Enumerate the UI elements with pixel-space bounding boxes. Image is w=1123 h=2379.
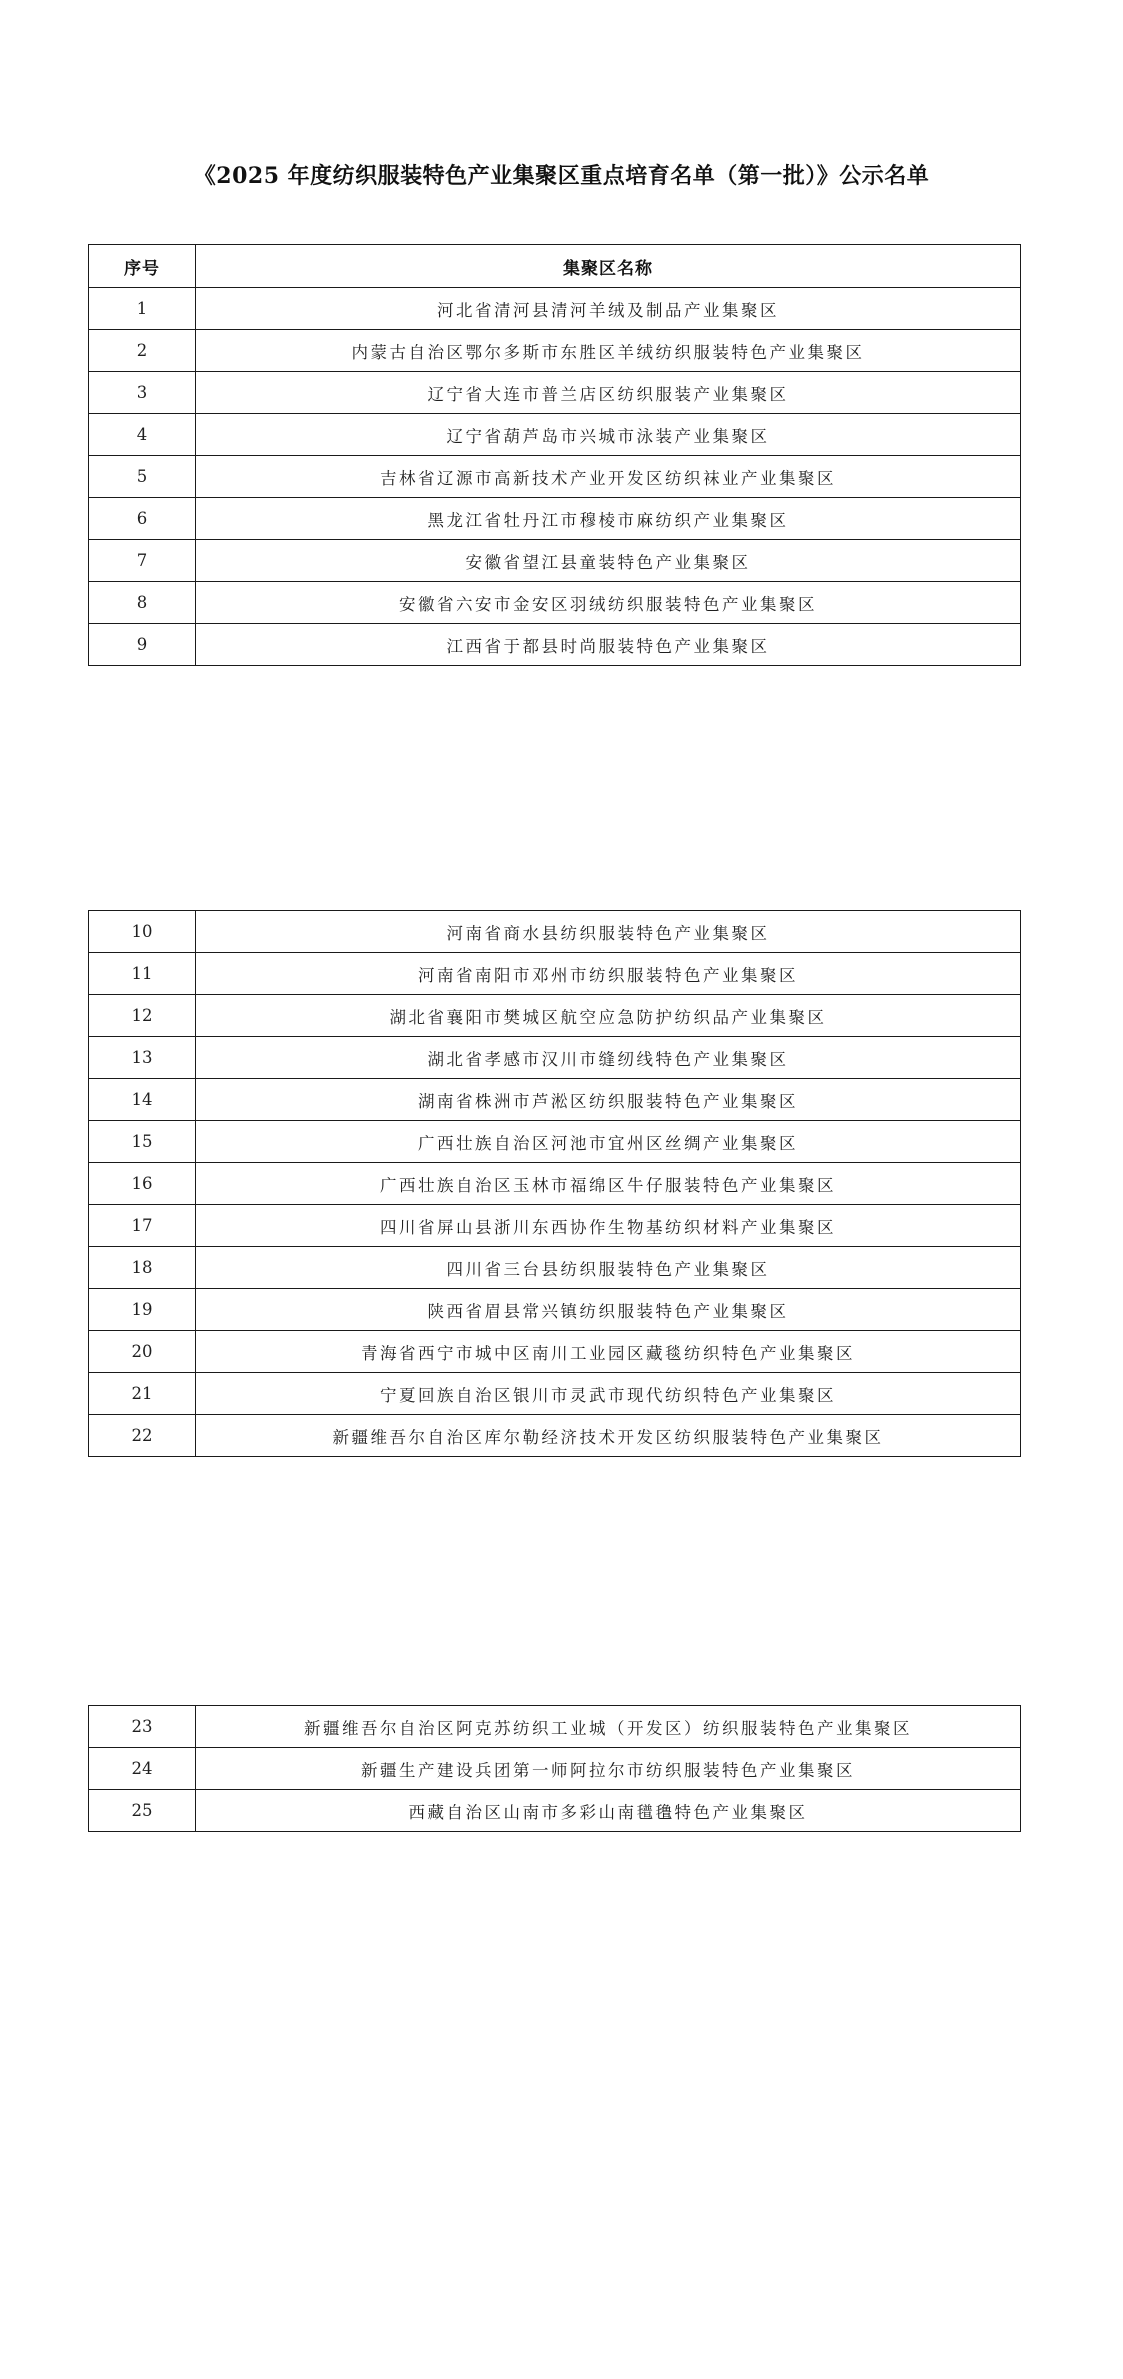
row-index-cell: 8 <box>89 582 196 624</box>
cluster-table-part-2: 10 河南省商水县纺织服装特色产业集聚区 11 河南省南阳市邓州市纺织服装特色产… <box>88 910 1021 1457</box>
row-name-cell: 辽宁省大连市普兰店区纺织服装产业集聚区 <box>196 372 1021 414</box>
table-row: 23 新疆维吾尔自治区阿克苏纺织工业城（开发区）纺织服装特色产业集聚区 <box>89 1706 1021 1748</box>
row-index-cell: 18 <box>89 1247 196 1289</box>
row-name-cell: 陕西省眉县常兴镇纺织服装特色产业集聚区 <box>196 1289 1021 1331</box>
row-name-cell: 广西壮族自治区河池市宜州区丝绸产业集聚区 <box>196 1121 1021 1163</box>
row-index-cell: 15 <box>89 1121 196 1163</box>
page-title: 《2025 年度纺织服装特色产业集聚区重点培育名单（第一批）》公示名单 <box>0 159 1123 190</box>
row-index-cell: 20 <box>89 1331 196 1373</box>
table-header: 序号 集聚区名称 <box>89 245 1021 288</box>
row-index-cell: 17 <box>89 1205 196 1247</box>
row-name-cell: 青海省西宁市城中区南川工业园区藏毯纺织特色产业集聚区 <box>196 1331 1021 1373</box>
row-name-cell: 新疆维吾尔自治区阿克苏纺织工业城（开发区）纺织服装特色产业集聚区 <box>196 1706 1021 1748</box>
row-index-cell: 16 <box>89 1163 196 1205</box>
row-name-cell: 吉林省辽源市高新技术产业开发区纺织袜业产业集聚区 <box>196 456 1021 498</box>
row-index-cell: 22 <box>89 1415 196 1457</box>
row-index-cell: 12 <box>89 995 196 1037</box>
row-index-cell: 1 <box>89 288 196 330</box>
document-page: { "page": { "title": "《2025 年度纺织服装特色产业集聚… <box>0 0 1123 2379</box>
table-body: 23 新疆维吾尔自治区阿克苏纺织工业城（开发区）纺织服装特色产业集聚区 24 新… <box>89 1706 1021 1832</box>
row-index-cell: 4 <box>89 414 196 456</box>
row-index-cell: 13 <box>89 1037 196 1079</box>
row-name-cell: 江西省于都县时尚服装特色产业集聚区 <box>196 624 1021 666</box>
table-row: 15 广西壮族自治区河池市宜州区丝绸产业集聚区 <box>89 1121 1021 1163</box>
table-row: 3 辽宁省大连市普兰店区纺织服装产业集聚区 <box>89 372 1021 414</box>
row-index-cell: 14 <box>89 1079 196 1121</box>
row-name-cell: 河南省商水县纺织服装特色产业集聚区 <box>196 911 1021 953</box>
table-row: 22 新疆维吾尔自治区库尔勒经济技术开发区纺织服装特色产业集聚区 <box>89 1415 1021 1457</box>
row-index-cell: 2 <box>89 330 196 372</box>
table-row: 9 江西省于都县时尚服装特色产业集聚区 <box>89 624 1021 666</box>
table-row: 13 湖北省孝感市汉川市缝纫线特色产业集聚区 <box>89 1037 1021 1079</box>
row-name-cell: 四川省三台县纺织服装特色产业集聚区 <box>196 1247 1021 1289</box>
row-index-cell: 6 <box>89 498 196 540</box>
row-index-cell: 7 <box>89 540 196 582</box>
row-index-cell: 3 <box>89 372 196 414</box>
row-name-cell: 湖北省孝感市汉川市缝纫线特色产业集聚区 <box>196 1037 1021 1079</box>
table-row: 17 四川省屏山县浙川东西协作生物基纺织材料产业集聚区 <box>89 1205 1021 1247</box>
table-block-2: 10 河南省商水县纺织服装特色产业集聚区 11 河南省南阳市邓州市纺织服装特色产… <box>88 910 1020 1457</box>
row-name-cell: 安徽省望江县童装特色产业集聚区 <box>196 540 1021 582</box>
cluster-table-part-1: 序号 集聚区名称 1 河北省清河县清河羊绒及制品产业集聚区 2 内蒙古自治区鄂尔… <box>88 244 1021 666</box>
table-block-3: 23 新疆维吾尔自治区阿克苏纺织工业城（开发区）纺织服装特色产业集聚区 24 新… <box>88 1705 1020 1832</box>
table-row: 25 西藏自治区山南市多彩山南氆氇特色产业集聚区 <box>89 1790 1021 1832</box>
table-row: 18 四川省三台县纺织服装特色产业集聚区 <box>89 1247 1021 1289</box>
header-cell-name: 集聚区名称 <box>196 245 1021 288</box>
table-row: 1 河北省清河县清河羊绒及制品产业集聚区 <box>89 288 1021 330</box>
row-index-cell: 10 <box>89 911 196 953</box>
table-row: 5 吉林省辽源市高新技术产业开发区纺织袜业产业集聚区 <box>89 456 1021 498</box>
row-name-cell: 安徽省六安市金安区羽绒纺织服装特色产业集聚区 <box>196 582 1021 624</box>
row-index-cell: 24 <box>89 1748 196 1790</box>
table-block-1: 序号 集聚区名称 1 河北省清河县清河羊绒及制品产业集聚区 2 内蒙古自治区鄂尔… <box>88 244 1020 666</box>
row-name-cell: 河南省南阳市邓州市纺织服装特色产业集聚区 <box>196 953 1021 995</box>
table-row: 10 河南省商水县纺织服装特色产业集聚区 <box>89 911 1021 953</box>
row-name-cell: 河北省清河县清河羊绒及制品产业集聚区 <box>196 288 1021 330</box>
row-name-cell: 新疆生产建设兵团第一师阿拉尔市纺织服装特色产业集聚区 <box>196 1748 1021 1790</box>
row-name-cell: 四川省屏山县浙川东西协作生物基纺织材料产业集聚区 <box>196 1205 1021 1247</box>
row-name-cell: 湖北省襄阳市樊城区航空应急防护纺织品产业集聚区 <box>196 995 1021 1037</box>
table-row: 4 辽宁省葫芦岛市兴城市泳装产业集聚区 <box>89 414 1021 456</box>
table-body: 10 河南省商水县纺织服装特色产业集聚区 11 河南省南阳市邓州市纺织服装特色产… <box>89 911 1021 1457</box>
table-row: 2 内蒙古自治区鄂尔多斯市东胜区羊绒纺织服装特色产业集聚区 <box>89 330 1021 372</box>
table-row: 19 陕西省眉县常兴镇纺织服装特色产业集聚区 <box>89 1289 1021 1331</box>
row-name-cell: 新疆维吾尔自治区库尔勒经济技术开发区纺织服装特色产业集聚区 <box>196 1415 1021 1457</box>
row-index-cell: 11 <box>89 953 196 995</box>
table-row: 7 安徽省望江县童装特色产业集聚区 <box>89 540 1021 582</box>
table-row: 6 黑龙江省牡丹江市穆棱市麻纺织产业集聚区 <box>89 498 1021 540</box>
row-name-cell: 西藏自治区山南市多彩山南氆氇特色产业集聚区 <box>196 1790 1021 1832</box>
table-row: 20 青海省西宁市城中区南川工业园区藏毯纺织特色产业集聚区 <box>89 1331 1021 1373</box>
table-row: 14 湖南省株洲市芦淞区纺织服装特色产业集聚区 <box>89 1079 1021 1121</box>
table-row: 24 新疆生产建设兵团第一师阿拉尔市纺织服装特色产业集聚区 <box>89 1748 1021 1790</box>
row-name-cell: 湖南省株洲市芦淞区纺织服装特色产业集聚区 <box>196 1079 1021 1121</box>
row-name-cell: 宁夏回族自治区银川市灵武市现代纺织特色产业集聚区 <box>196 1373 1021 1415</box>
cluster-table-part-3: 23 新疆维吾尔自治区阿克苏纺织工业城（开发区）纺织服装特色产业集聚区 24 新… <box>88 1705 1021 1832</box>
row-index-cell: 9 <box>89 624 196 666</box>
row-index-cell: 5 <box>89 456 196 498</box>
row-name-cell: 广西壮族自治区玉林市福绵区牛仔服装特色产业集聚区 <box>196 1163 1021 1205</box>
table-row: 8 安徽省六安市金安区羽绒纺织服装特色产业集聚区 <box>89 582 1021 624</box>
row-index-cell: 19 <box>89 1289 196 1331</box>
table-row: 21 宁夏回族自治区银川市灵武市现代纺织特色产业集聚区 <box>89 1373 1021 1415</box>
header-cell-index: 序号 <box>89 245 196 288</box>
table-header-row: 序号 集聚区名称 <box>89 245 1021 288</box>
row-name-cell: 黑龙江省牡丹江市穆棱市麻纺织产业集聚区 <box>196 498 1021 540</box>
table-row: 12 湖北省襄阳市樊城区航空应急防护纺织品产业集聚区 <box>89 995 1021 1037</box>
table-body: 1 河北省清河县清河羊绒及制品产业集聚区 2 内蒙古自治区鄂尔多斯市东胜区羊绒纺… <box>89 288 1021 666</box>
row-name-cell: 辽宁省葫芦岛市兴城市泳装产业集聚区 <box>196 414 1021 456</box>
table-row: 16 广西壮族自治区玉林市福绵区牛仔服装特色产业集聚区 <box>89 1163 1021 1205</box>
row-index-cell: 23 <box>89 1706 196 1748</box>
row-name-cell: 内蒙古自治区鄂尔多斯市东胜区羊绒纺织服装特色产业集聚区 <box>196 330 1021 372</box>
row-index-cell: 21 <box>89 1373 196 1415</box>
table-row: 11 河南省南阳市邓州市纺织服装特色产业集聚区 <box>89 953 1021 995</box>
row-index-cell: 25 <box>89 1790 196 1832</box>
